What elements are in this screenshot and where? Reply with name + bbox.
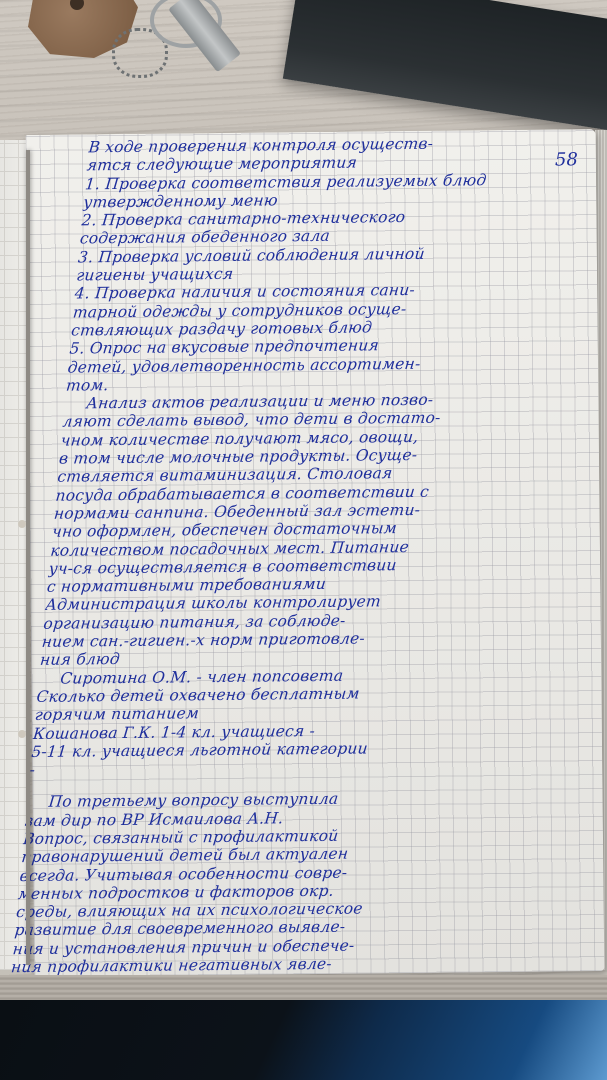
notebook-page: 58 В ходе проверения контроля осуществ- …: [26, 129, 605, 977]
keychain: [0, 0, 260, 90]
binding-stitch: [18, 520, 26, 528]
handwritten-text: В ходе проверения контроля осуществ- ятс…: [0, 133, 607, 1080]
dark-blue-fabric: [0, 1000, 607, 1080]
notebook-spine: [26, 150, 30, 965]
binding-stitch: [18, 730, 26, 738]
